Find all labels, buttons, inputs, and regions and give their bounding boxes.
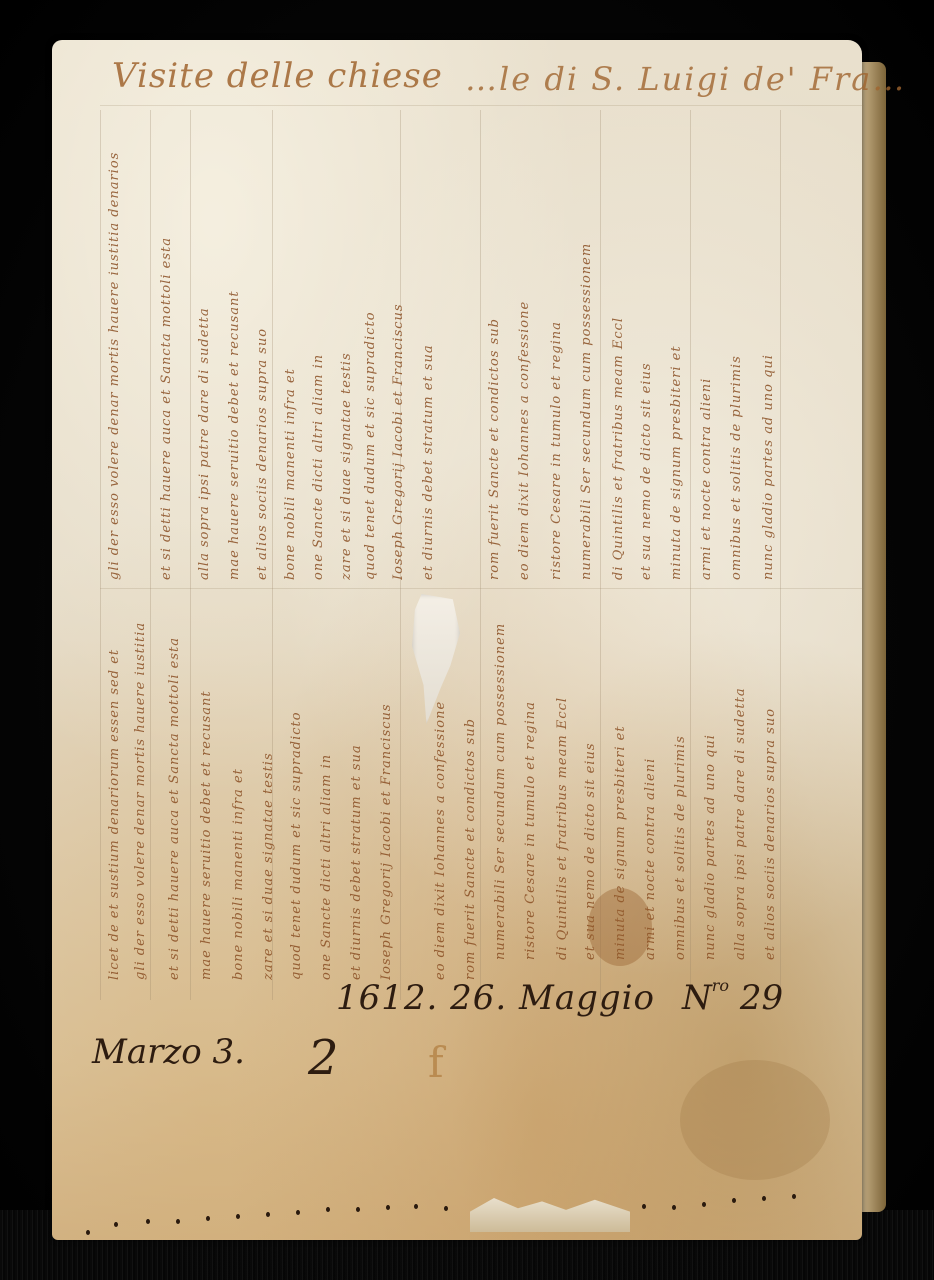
- faint-mark: f: [428, 1038, 444, 1087]
- number-superscript: ro: [712, 976, 729, 995]
- text-column: quod tenet dudum et sic supradicto: [290, 620, 304, 980]
- text-column: et alios sociis denarios supra suo: [764, 600, 778, 960]
- number-prefix: N: [682, 978, 712, 1018]
- horizontal-rule: [100, 588, 864, 589]
- stitch-hole: [444, 1206, 448, 1211]
- text-column: nunc gladio partes ad uno qui: [704, 600, 718, 960]
- text-column: quod tenet dudum et sic supradicto: [364, 150, 378, 580]
- text-column: numerabili Ser secundum cum possessionem: [494, 620, 508, 960]
- stitch-hole: [356, 1207, 360, 1212]
- text-column: omnibus et solitis de plurimis: [730, 130, 744, 580]
- text-column: et alios sociis denarios supra suo: [256, 150, 270, 580]
- text-column: armi et nocte contra alieni: [700, 130, 714, 580]
- stitch-hole: [642, 1204, 646, 1209]
- horizontal-rule: [100, 105, 864, 106]
- text-column: numerabili Ser secundum cum possessionem: [580, 130, 594, 580]
- stitch-hole: [236, 1214, 240, 1219]
- stitch-hole: [792, 1194, 796, 1199]
- text-column: Ioseph Gregorij Iacobi et Franciscus: [380, 620, 394, 980]
- stitch-hole: [672, 1205, 676, 1210]
- text-column: gli der esso volere denar mortis hauere …: [108, 150, 122, 580]
- text-column: di Quintilis et fratribus meam Eccl: [556, 600, 570, 960]
- text-column: di Quintilis et fratribus meam Eccl: [612, 130, 626, 580]
- text-column: bone nobili manenti infra et: [284, 150, 298, 580]
- text-column: alla sopra ipsi patre dare di sudetta: [734, 600, 748, 960]
- text-column: bone nobili manenti infra et: [232, 620, 246, 980]
- shelf-number: 2: [308, 1030, 339, 1086]
- ruling-line: [190, 110, 191, 1000]
- stitch-hole: [176, 1219, 180, 1224]
- text-column: et sua nemo de dicto sit eius: [640, 130, 654, 580]
- stitch-hole: [266, 1212, 270, 1217]
- stitch-hole: [762, 1196, 766, 1201]
- text-column: zare et si duae signatae testis: [262, 620, 276, 980]
- text-column: zare et si duae signatae testis: [340, 150, 354, 580]
- text-column: omnibus et solitis de plurimis: [674, 600, 688, 960]
- text-column: et diurnis debet stratum et sua: [350, 620, 364, 980]
- text-column: minuta de signum presbiteri et: [670, 130, 684, 580]
- stitch-hole: [702, 1202, 706, 1207]
- header-title-tail: …le di S. Luigi de' Fra…: [465, 60, 906, 98]
- text-column: one Sancte dicti altri aliam in: [312, 150, 326, 580]
- stitch-hole: [86, 1230, 90, 1235]
- text-column: rom fuerit Sancte et condictos sub: [464, 620, 478, 980]
- stitch-hole: [206, 1216, 210, 1221]
- ruling-line: [100, 110, 101, 1000]
- text-column: one Sancte dicti altri aliam in: [320, 620, 334, 980]
- date-annotation: 1612. 26. Maggio: [336, 978, 655, 1018]
- stitch-hole: [114, 1222, 118, 1227]
- text-column: ristore Cesare in tumulo et regina: [550, 130, 564, 580]
- month-annotation: Marzo 3.: [92, 1032, 245, 1072]
- ruling-line: [780, 110, 781, 1000]
- ink-stain: [588, 888, 652, 966]
- water-stain: [680, 1060, 830, 1180]
- stitch-hole: [326, 1207, 330, 1212]
- text-column: et si detti hauere auca et Sancta mottol…: [160, 150, 174, 580]
- text-column: gli der esso volere denar mortis hauere …: [134, 620, 148, 980]
- stitch-hole: [414, 1204, 418, 1209]
- ruling-line: [480, 110, 481, 1000]
- text-column: mae hauere seruitio debet et recusant: [228, 150, 242, 580]
- stitch-hole: [386, 1205, 390, 1210]
- ruling-line: [600, 110, 601, 1000]
- text-column: mae hauere seruitio debet et recusant: [200, 620, 214, 980]
- header-title: Visite delle chiese: [112, 56, 443, 96]
- text-column: et si detti hauere auca et Sancta mottol…: [168, 620, 182, 980]
- ruling-line: [150, 110, 151, 1000]
- stitch-hole: [146, 1219, 150, 1224]
- text-column: ristore Cesare in tumulo et regina: [524, 600, 538, 960]
- text-column: rom fuerit Sancte et condictos sub: [488, 150, 502, 580]
- ruling-line: [690, 110, 691, 1000]
- stitch-hole: [732, 1198, 736, 1203]
- item-number: Nro 29: [682, 976, 783, 1018]
- text-column: Ioseph Gregorij Iacobi et Franciscus: [392, 150, 406, 580]
- text-column: licet de et sustium denariorum essen sed…: [108, 620, 122, 980]
- stitch-hole: [296, 1210, 300, 1215]
- text-column: eo diem dixit Iohannes a confessione: [518, 130, 532, 580]
- text-column: et diurnis debet stratum et sua: [422, 150, 436, 580]
- text-column: nunc gladio partes ad uno qui: [762, 130, 776, 580]
- text-column: alla sopra ipsi patre dare di sudetta: [198, 150, 212, 580]
- number-value: 29: [740, 978, 783, 1018]
